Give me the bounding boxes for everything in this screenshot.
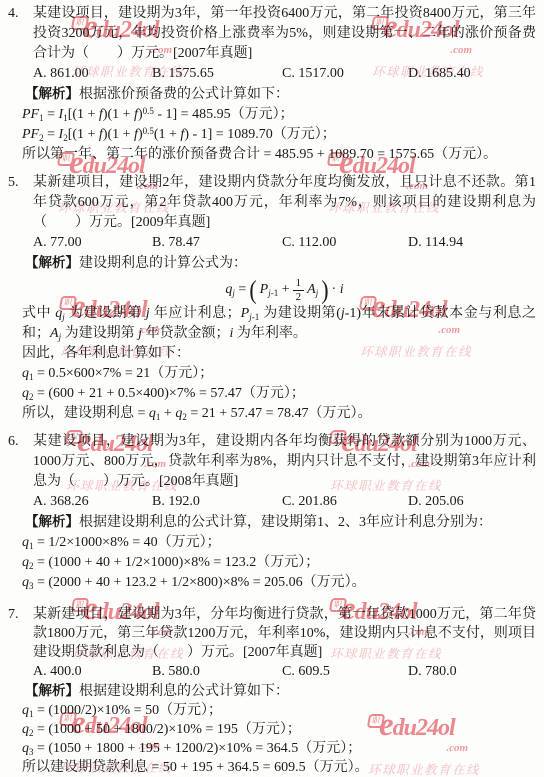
lines-intro: 因此，各年利息计算如下： [22,344,536,364]
paren-open: ( [249,277,256,303]
formula-line: q3 = (1050 + 1800 + 195 + 1200/2)×10% = … [22,739,536,758]
formula-line: 所以，建设期利息 = q1 + q2 = 21 + 57.47 = 78.47（… [22,404,536,424]
question-stem: 某建设项目，建设期为3年，建设期内各年均衡获得的贷款额分别为1000万元、100… [33,432,536,492]
option-a: A. 400.0 [33,662,152,681]
option-b: B. 78.47 [152,233,282,253]
option-b: B. 1575.65 [152,64,282,84]
formula-line: q1 = 1/2×1000×8% = 40（万元）； [22,533,536,553]
analysis-intro: 根据建设期利息的公式计算，建设期第1、2、3年应计利息分别为： [79,515,492,530]
analysis-line: 【解析】建设期利息的计算公式为： [25,253,536,274]
option-c: C. 201.86 [282,492,408,512]
option-c: C. 1517.00 [282,64,408,84]
question-5: 5. 某新建项目，建设期2年，建设期内贷款分年度均衡发放，且只计息不还款。第1年… [8,173,536,424]
formula-tail: · i [332,282,344,298]
option-b: B. 192.0 [152,492,282,512]
question-number: 6. [8,432,19,452]
document-page: 职edu24ol.com 环球职业教育在线 职edu24ol.com 环球职业教… [0,0,544,777]
formula-line: q3 = (2000 + 40 + 123.2 + 1/2×800)×8% = … [22,573,536,593]
analysis-label: 【解析】 [25,683,79,698]
analysis-line: 【解析】根据涨价预备费的公式计算如下： [25,84,536,105]
option-d: D. 114.94 [408,233,536,253]
formula-line: q2 = (600 + 21 + 0.5×400)×7% = 57.47（万元）… [22,384,536,404]
question-number: 7. [8,605,19,624]
option-d: D. 205.06 [408,492,536,512]
options-row: A. 400.0 B. 580.0 C. 609.5 D. 780.0 [33,662,536,681]
option-c: C. 609.5 [282,662,408,681]
formula-line: 所以建设期贷款利息 = 50 + 195 + 364.5 = 609.5（万元）… [22,758,536,777]
analysis-label: 【解析】 [25,86,79,101]
formula-line: q2 = (1000 + 50 + 1800/2)×10% = 195（万元）； [22,720,536,739]
interest-formula: qj = ( Pj-1 + 12 Aj ) · i [33,277,536,303]
option-d: D. 780.0 [408,662,536,681]
fraction: 12 [293,277,305,303]
formula-line: PF2 = I2[(1 + f)(1 + f)0.5(1 + f) - 1] =… [22,125,536,145]
formula-explanation: 式中 qj 为建设期第 j 年应计利息；Pj-1 为建设期第(j-1)年末累计贷… [22,304,536,344]
analysis-intro: 建设期利息的计算公式为： [79,256,247,271]
formula-line: 所以第一年、第二年的涨价预备费合计 = 485.95 + 1089.70 = 1… [22,145,536,165]
formula-line: q2 = (1000 + 40 + 1/2×1000)×8% = 123.2（万… [22,553,536,573]
formula-line: q1 = (1000/2)×10% = 50（万元）； [22,701,536,720]
option-a: A. 368.26 [33,492,152,512]
fraction-denominator: 2 [296,291,302,304]
option-b: B. 580.0 [152,662,282,681]
question-7: 7. 某新建项目，建设期为3年，分年均衡进行贷款，第一年贷款1000万元，第二年… [8,605,536,777]
option-d: D. 1685.40 [408,64,536,84]
paren-close: ) [321,277,328,303]
fraction-numerator: 1 [293,277,305,291]
formula-line: PF1 = I1[(1 + f)(1 + f)0.5 - 1] = 485.95… [22,105,536,125]
formula-term: Pj-1 + [260,282,290,298]
analysis-line: 【解析】根据建设期利息的公式计算如下： [25,681,536,701]
page-content: 4. 某建设项目，建设期为3年，第一年投资6400万元，第二年投资8400万元，… [8,4,536,777]
option-c: C. 112.00 [282,233,408,253]
question-stem: 某新建项目，建设期2年，建设期内贷款分年度均衡发放，且只计息不还款。第1年贷款6… [33,173,536,233]
question-number: 5. [8,173,19,193]
formula-term: Aj [307,282,318,298]
analysis-label: 【解析】 [25,514,79,529]
formula-line: q1 = 0.5×600×7% = 21（万元）； [22,364,536,384]
analysis-intro: 根据建设期利息的公式计算如下： [79,684,289,699]
analysis-intro: 根据涨价预备费的公式计算如下： [79,87,289,102]
option-a: A. 861.00 [33,64,152,84]
analysis-line: 【解析】根据建设期利息的公式计算，建设期第1、2、3年应计利息分别为： [25,512,536,533]
options-row: A. 861.00 B. 1575.65 C. 1517.00 D. 1685.… [33,64,536,84]
options-row: A. 77.00 B. 78.47 C. 112.00 D. 114.94 [33,233,536,253]
option-a: A. 77.00 [33,233,152,253]
formula-lhs: qj = [225,282,246,298]
question-number: 4. [8,4,19,24]
question-stem: 某新建项目，建设期为3年，分年均衡进行贷款，第一年贷款1000万元，第二年贷款1… [33,605,536,662]
question-stem: 某建设项目，建设期为3年，第一年投资6400万元，第二年投资8400万元，第三年… [33,4,536,64]
options-row: A. 368.26 B. 192.0 C. 201.86 D. 205.06 [33,492,536,512]
question-4: 4. 某建设项目，建设期为3年，第一年投资6400万元，第二年投资8400万元，… [8,4,536,165]
question-6: 6. 某建设项目，建设期为3年，建设期内各年均衡获得的贷款额分别为1000万元、… [8,432,536,593]
analysis-label: 【解析】 [25,255,79,270]
